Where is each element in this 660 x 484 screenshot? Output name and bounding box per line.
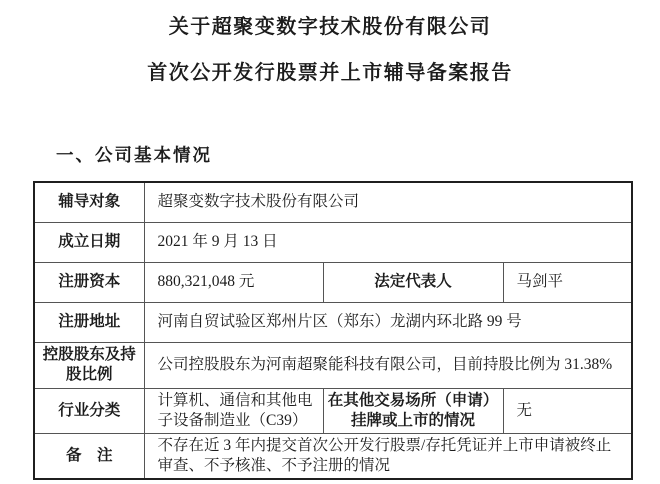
row-value-registered-address: 河南自贸试验区郑州片区（郑东）龙湖内环北路 99 号 <box>144 302 632 342</box>
row-value-controlling-shareholder: 公司控股股东为河南超聚能科技有限公司，目前持股比例为 31.38% <box>144 342 632 388</box>
table-row-establish-date: 成立日期 2021 年 9 月 13 日 <box>34 222 632 262</box>
row-value-industry-classification: 计算机、通信和其他电子设备制造业（C39） <box>144 388 323 433</box>
company-info-table: 辅导对象 超聚变数字技术股份有限公司 成立日期 2021 年 9 月 13 日 … <box>33 181 633 480</box>
row-label-registered-capital: 注册资本 <box>34 262 144 302</box>
document-title-line2: 首次公开发行股票并上市辅导备案报告 <box>0 59 660 87</box>
row-label-other-listing-status: 在其他交易场所（申请）挂牌或上市的情况 <box>323 388 503 433</box>
row-label-remarks: 备 注 <box>34 433 144 479</box>
row-value-other-listing-status: 无 <box>503 388 632 433</box>
table-row-industry-classification: 行业分类 计算机、通信和其他电子设备制造业（C39） 在其他交易场所（申请）挂牌… <box>34 388 632 433</box>
table-row-guidance-target: 辅导对象 超聚变数字技术股份有限公司 <box>34 182 632 222</box>
row-label-controlling-shareholder: 控股股东及持股比例 <box>34 342 144 388</box>
row-label-registered-address: 注册地址 <box>34 302 144 342</box>
row-value-guidance-target: 超聚变数字技术股份有限公司 <box>144 182 632 222</box>
row-value-establish-date: 2021 年 9 月 13 日 <box>144 222 632 262</box>
document-title-line1: 关于超聚变数字技术股份有限公司 <box>0 0 660 41</box>
table-row-remarks: 备 注 不存在近 3 年内提交首次公开发行股票/存托凭证并上市申请被终止审查、不… <box>34 433 632 479</box>
row-label-legal-representative: 法定代表人 <box>323 262 503 302</box>
row-value-remarks: 不存在近 3 年内提交首次公开发行股票/存托凭证并上市申请被终止审查、不予核准、… <box>144 433 632 479</box>
row-label-industry-classification: 行业分类 <box>34 388 144 433</box>
table-row-registered-capital: 注册资本 880,321,048 元 法定代表人 马剑平 <box>34 262 632 302</box>
row-label-guidance-target: 辅导对象 <box>34 182 144 222</box>
document-page: 关于超聚变数字技术股份有限公司 首次公开发行股票并上市辅导备案报告 一、公司基本… <box>0 0 660 484</box>
row-value-legal-representative: 马剑平 <box>503 262 632 302</box>
row-label-establish-date: 成立日期 <box>34 222 144 262</box>
table-row-controlling-shareholder: 控股股东及持股比例 公司控股股东为河南超聚能科技有限公司，目前持股比例为 31.… <box>34 342 632 388</box>
row-value-registered-capital: 880,321,048 元 <box>144 262 323 302</box>
section-heading: 一、公司基本情况 <box>56 143 660 167</box>
table-row-registered-address: 注册地址 河南自贸试验区郑州片区（郑东）龙湖内环北路 99 号 <box>34 302 632 342</box>
